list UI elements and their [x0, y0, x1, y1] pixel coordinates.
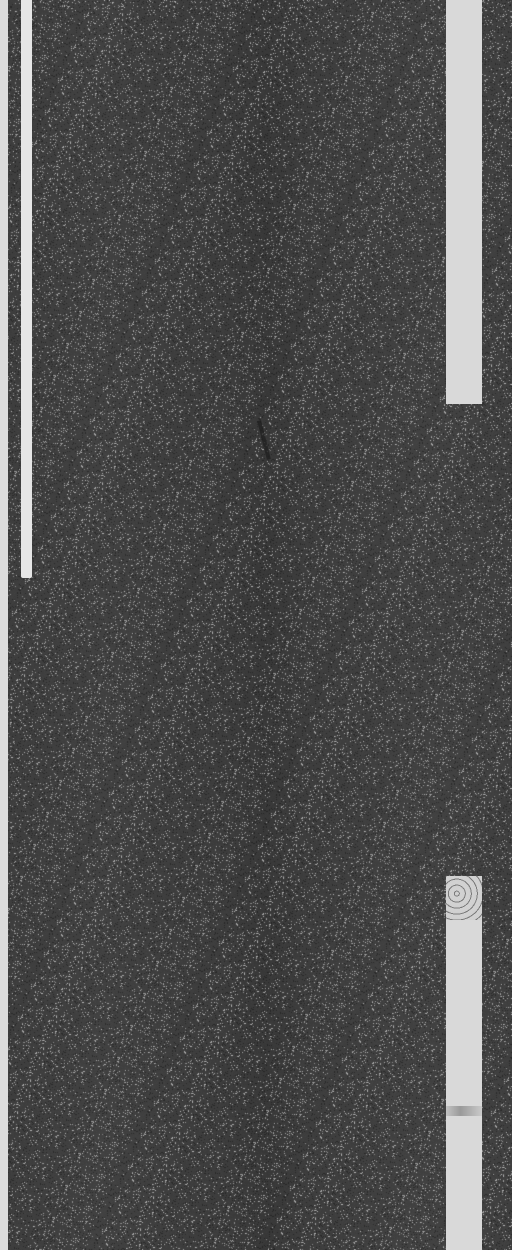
marking-seam [446, 1106, 482, 1116]
road-edge-line [0, 0, 8, 1250]
dashed-lane-marking-bottom [446, 876, 482, 1250]
dashed-lane-marking-top [446, 0, 482, 404]
asphalt-texture [0, 0, 512, 1250]
road-scene [0, 0, 512, 1250]
solid-lane-line [21, 0, 32, 578]
worn-marking-patch [446, 876, 482, 920]
